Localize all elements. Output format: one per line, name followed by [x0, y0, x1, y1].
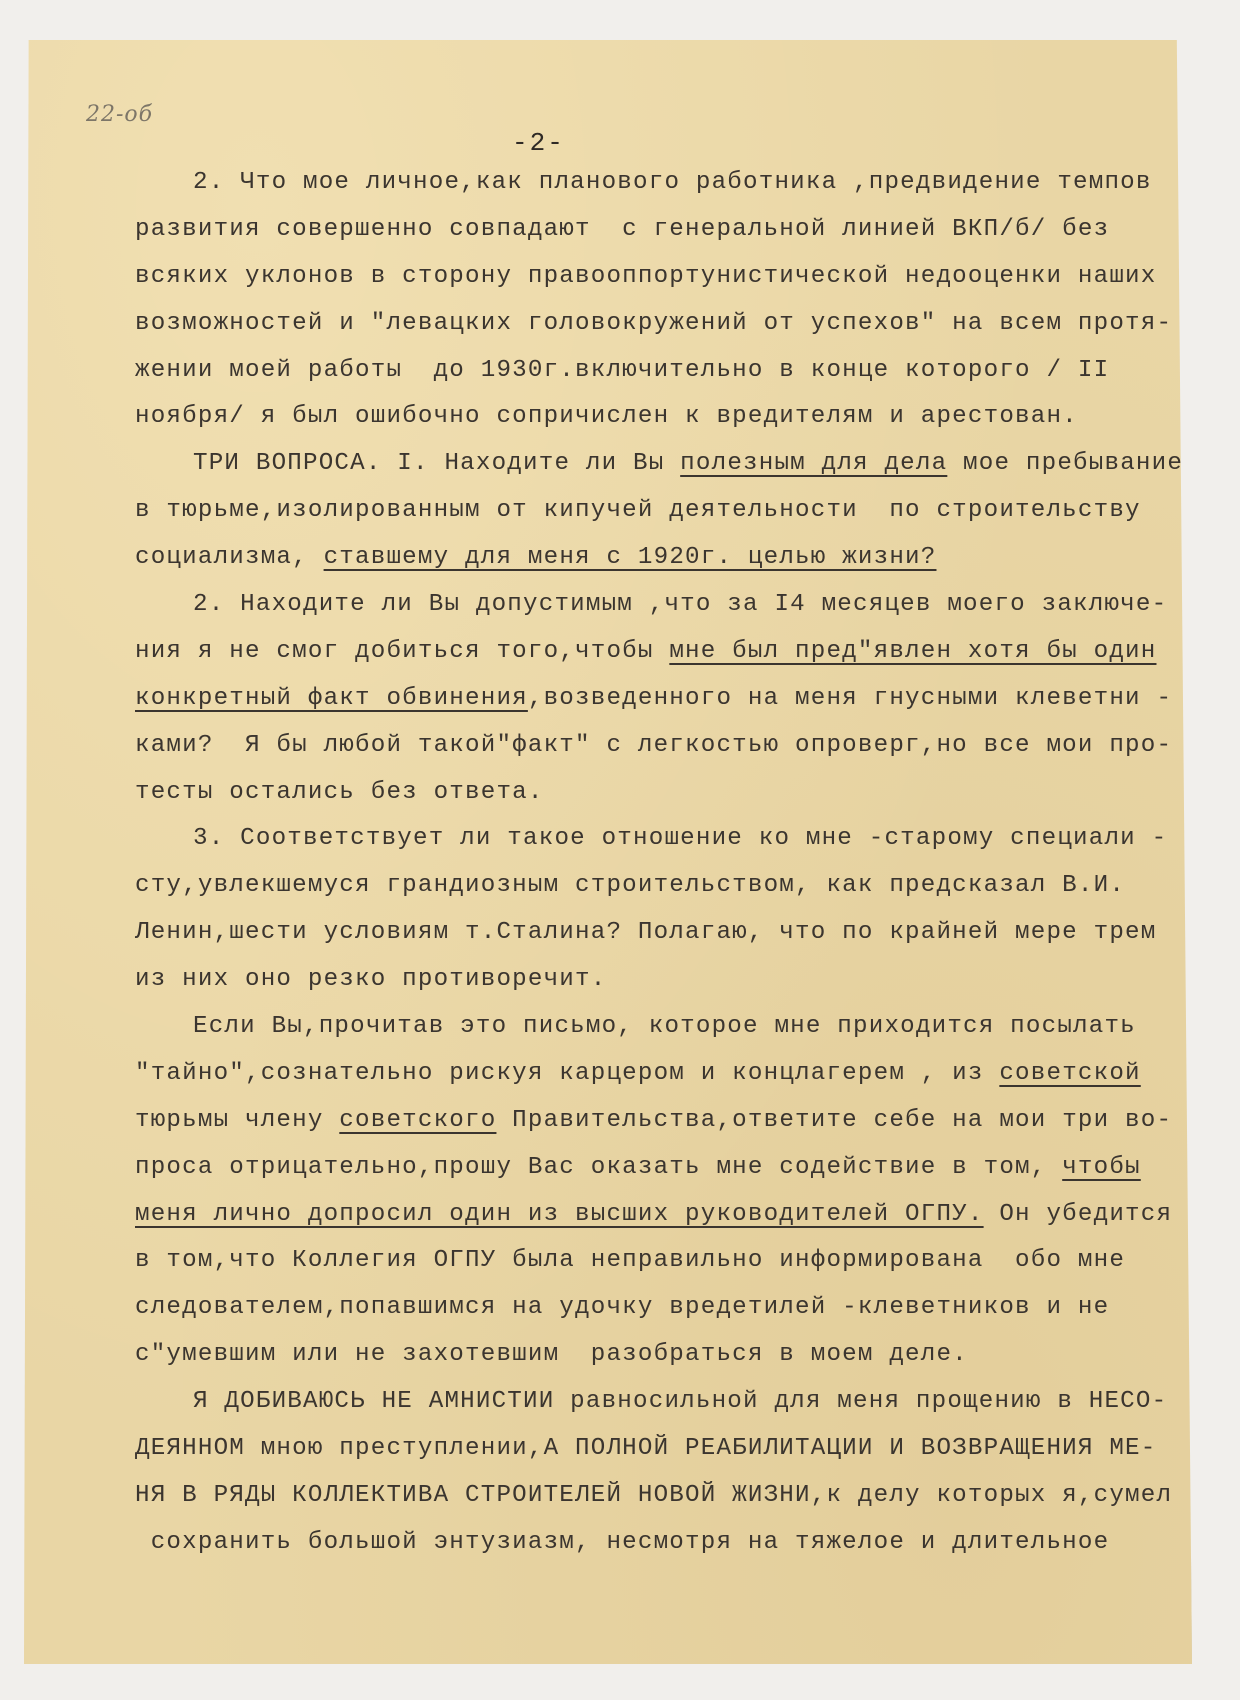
text-segment: сту,увлекшемуся грандиозным строительств… — [135, 872, 1125, 899]
text-segment: "тайно",сознательно рискуя карцером и ко… — [135, 1060, 999, 1087]
text-segment: возможностей и "левацких головокружений … — [135, 310, 1172, 337]
underlined-text: ставшему для меня с 1920г. целью жизни? — [324, 544, 937, 571]
handwritten-folio-note: 22-об — [86, 102, 153, 127]
text-line: развития совершенно совпадают с генераль… — [135, 207, 1155, 254]
text-line: всяких уклонов в сторону правооппортунис… — [135, 254, 1155, 301]
text-line: ками? Я бы любой такой"факт" с легкостью… — [135, 723, 1155, 770]
text-line: ния я не смог добиться того,чтобы мне бы… — [135, 629, 1155, 676]
underlined-text: меня лично допросил один из высших руков… — [135, 1201, 984, 1228]
text-segment: тюрьмы члену — [135, 1107, 339, 1134]
text-line: следователем,попавшимся на удочку вредет… — [135, 1285, 1155, 1332]
underlined-text: полезным для дела — [680, 450, 947, 477]
text-line: НЯ В РЯДЫ КОЛЛЕКТИВА СТРОИТЕЛЕЙ НОВОЙ ЖИ… — [135, 1473, 1155, 1520]
text-segment: ТРИ ВОПРОСА. I. Находите ли Вы — [193, 450, 680, 477]
page-number: -2- — [512, 128, 565, 158]
text-segment: в том,что Коллегия ОГПУ была неправильно… — [135, 1247, 1125, 1274]
text-segment: Он убедится — [984, 1201, 1173, 1228]
text-line: сту,увлекшемуся грандиозным строительств… — [135, 863, 1155, 910]
text-line: жении моей работы до 1930г.включительно … — [135, 348, 1155, 395]
text-segment: ,возведенного на меня гнусными клеветни … — [528, 685, 1172, 712]
underlined-text: мне был пред"явлен хотя бы один — [669, 638, 1156, 665]
underlined-text: чтобы — [1062, 1154, 1141, 1181]
text-segment: всяких уклонов в сторону правооппортунис… — [135, 263, 1156, 290]
letter-body: 2. Что мое личное,как планового работник… — [135, 160, 1155, 1567]
text-segment: ния я не смог добиться того,чтобы — [135, 638, 669, 665]
underlined-text: советской — [999, 1060, 1140, 1087]
text-segment: ноября/ я был ошибочно сопричислен к вре… — [135, 403, 1078, 430]
underlined-text: конкретный факт обвинения — [135, 685, 528, 712]
text-segment: в тюрьме,изолированным от кипучей деятел… — [135, 497, 1141, 524]
text-line: меня лично допросил один из высших руков… — [135, 1192, 1155, 1239]
text-segment: ДЕЯННОМ мною преступлении,А ПОЛНОЙ РЕАБИ… — [135, 1435, 1156, 1462]
text-line: ноября/ я был ошибочно сопричислен к вре… — [135, 394, 1155, 441]
underlined-text: советского — [339, 1107, 496, 1134]
text-line: тесты остались без ответа. — [135, 770, 1155, 817]
text-segment: мое пребывание — [947, 450, 1183, 477]
text-line: конкретный факт обвинения,возведенного н… — [135, 676, 1155, 723]
text-segment: Если Вы,прочитав это письмо, которое мне… — [193, 1013, 1136, 1040]
text-segment: Я ДОБИВАЮСЬ НЕ АМНИСТИИ равносильной для… — [193, 1388, 1167, 1415]
text-segment: проса отрицательно,прошу Вас оказать мне… — [135, 1154, 1062, 1181]
text-line: в тюрьме,изолированным от кипучей деятел… — [135, 488, 1155, 535]
text-line: "тайно",сознательно рискуя карцером и ко… — [135, 1051, 1155, 1098]
text-line: 2. Находите ли Вы допустимым ,что за I4 … — [135, 582, 1155, 629]
text-line: Я ДОБИВАЮСЬ НЕ АМНИСТИИ равносильной для… — [135, 1379, 1155, 1426]
text-segment: Правительства,ответите себе на мои три в… — [496, 1107, 1172, 1134]
text-line: сохранить большой энтузиазм, несмотря на… — [135, 1520, 1155, 1567]
text-segment: социализма, — [135, 544, 324, 571]
text-line: в том,что Коллегия ОГПУ была неправильно… — [135, 1238, 1155, 1285]
text-line: 2. Что мое личное,как планового работник… — [135, 160, 1155, 207]
text-line: с"умевшим или не захотевшим разобраться … — [135, 1332, 1155, 1379]
text-segment: Ленин,шести условиям т.Сталина? Полагаю,… — [135, 919, 1156, 946]
text-line: Ленин,шести условиям т.Сталина? Полагаю,… — [135, 910, 1155, 957]
text-segment: развития совершенно совпадают с генераль… — [135, 216, 1109, 243]
text-segment: 2. Находите ли Вы допустимым ,что за I4 … — [193, 591, 1167, 618]
text-segment: 3. Соответствует ли такое отношение ко м… — [193, 825, 1167, 852]
text-segment: ками? Я бы любой такой"факт" с легкостью… — [135, 732, 1172, 759]
text-line: ТРИ ВОПРОСА. I. Находите ли Вы полезным … — [135, 441, 1155, 488]
text-line: тюрьмы члену советского Правительства,от… — [135, 1098, 1155, 1145]
text-segment: тесты остались без ответа. — [135, 779, 544, 806]
text-line: проса отрицательно,прошу Вас оказать мне… — [135, 1145, 1155, 1192]
text-segment: сохранить большой энтузиазм, несмотря на… — [135, 1529, 1109, 1556]
text-line: Если Вы,прочитав это письмо, которое мне… — [135, 1004, 1155, 1051]
text-line: социализма, ставшему для меня с 1920г. ц… — [135, 535, 1155, 582]
text-segment: НЯ В РЯДЫ КОЛЛЕКТИВА СТРОИТЕЛЕЙ НОВОЙ ЖИ… — [135, 1482, 1172, 1509]
text-segment: с"умевшим или не захотевшим разобраться … — [135, 1341, 968, 1368]
text-segment: следователем,попавшимся на удочку вредет… — [135, 1294, 1109, 1321]
text-line: из них оно резко противоречит. — [135, 957, 1155, 1004]
text-line: ДЕЯННОМ мною преступлении,А ПОЛНОЙ РЕАБИ… — [135, 1426, 1155, 1473]
text-line: возможностей и "левацких головокружений … — [135, 301, 1155, 348]
text-segment: 2. Что мое личное,как планового работник… — [193, 169, 1152, 196]
text-segment: жении моей работы до 1930г.включительно … — [135, 357, 1109, 384]
text-segment: из них оно резко противоречит. — [135, 966, 606, 993]
text-line: 3. Соответствует ли такое отношение ко м… — [135, 816, 1155, 863]
